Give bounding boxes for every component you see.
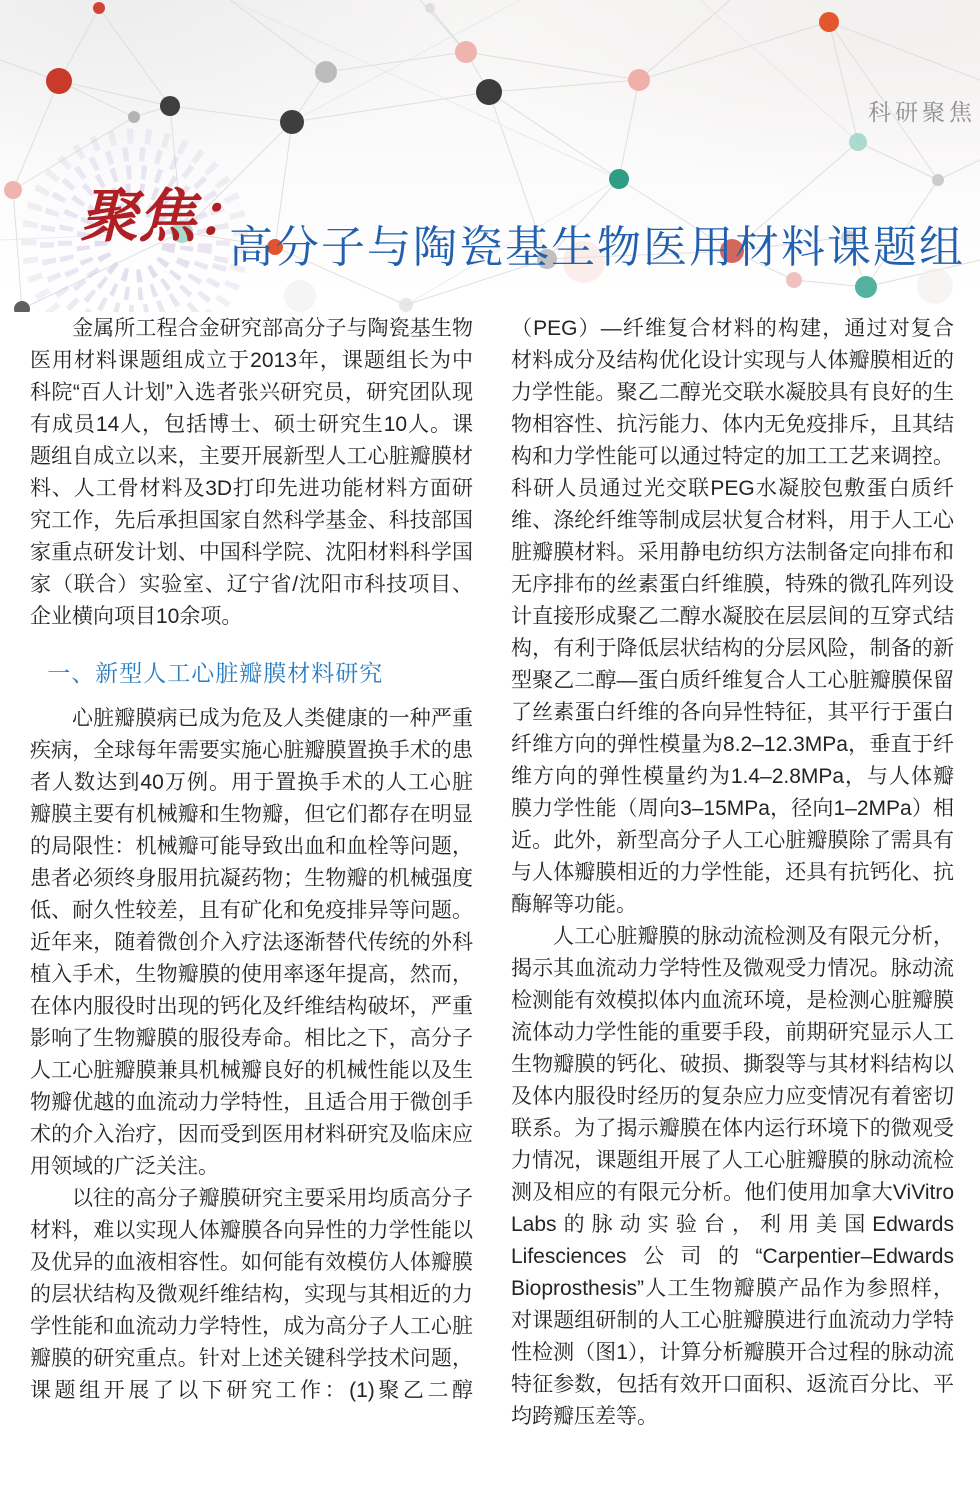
header-banner: 科研聚焦 聚焦： 高分子与陶瓷基生物医用材料课题组: [0, 0, 980, 312]
article-columns: 金属所工程合金研究部高分子与陶瓷基生物医用材料课题组成立于2013年，课题组长为…: [0, 313, 980, 1433]
left-column: 金属所工程合金研究部高分子与陶瓷基生物医用材料课题组成立于2013年，课题组长为…: [30, 313, 473, 1433]
body-paragraph-continuation: （PEG）—纤维复合材料的构建，通过对复合材料成分及结构优化设计实现与人体瓣膜相…: [511, 313, 954, 921]
right-column: （PEG）—纤维复合材料的构建，通过对复合材料成分及结构优化设计实现与人体瓣膜相…: [511, 313, 954, 1433]
body-paragraph: 人工心脏瓣膜的脉动流检测及有限元分析，揭示其血流动力学特性及微观受力情况。脉动流…: [511, 921, 954, 1433]
focus-label: 聚焦：: [80, 188, 254, 246]
corner-label: 科研聚焦: [868, 94, 976, 127]
section-heading: 一、新型人工心脏瓣膜材料研究: [30, 657, 473, 689]
body-paragraph: 心脏瓣膜病已成为危及人类健康的一种严重疾病，全球每年需要实施心脏瓣膜置换手术的患…: [30, 703, 473, 1183]
intro-paragraph: 金属所工程合金研究部高分子与陶瓷基生物医用材料课题组成立于2013年，课题组长为…: [30, 313, 473, 633]
body-paragraph: 以往的高分子瓣膜研究主要采用均质高分子材料，难以实现人体瓣膜各向异性的力学性能以…: [30, 1183, 473, 1407]
page-title: 高分子与陶瓷基生物医用材料课题组: [229, 226, 965, 270]
